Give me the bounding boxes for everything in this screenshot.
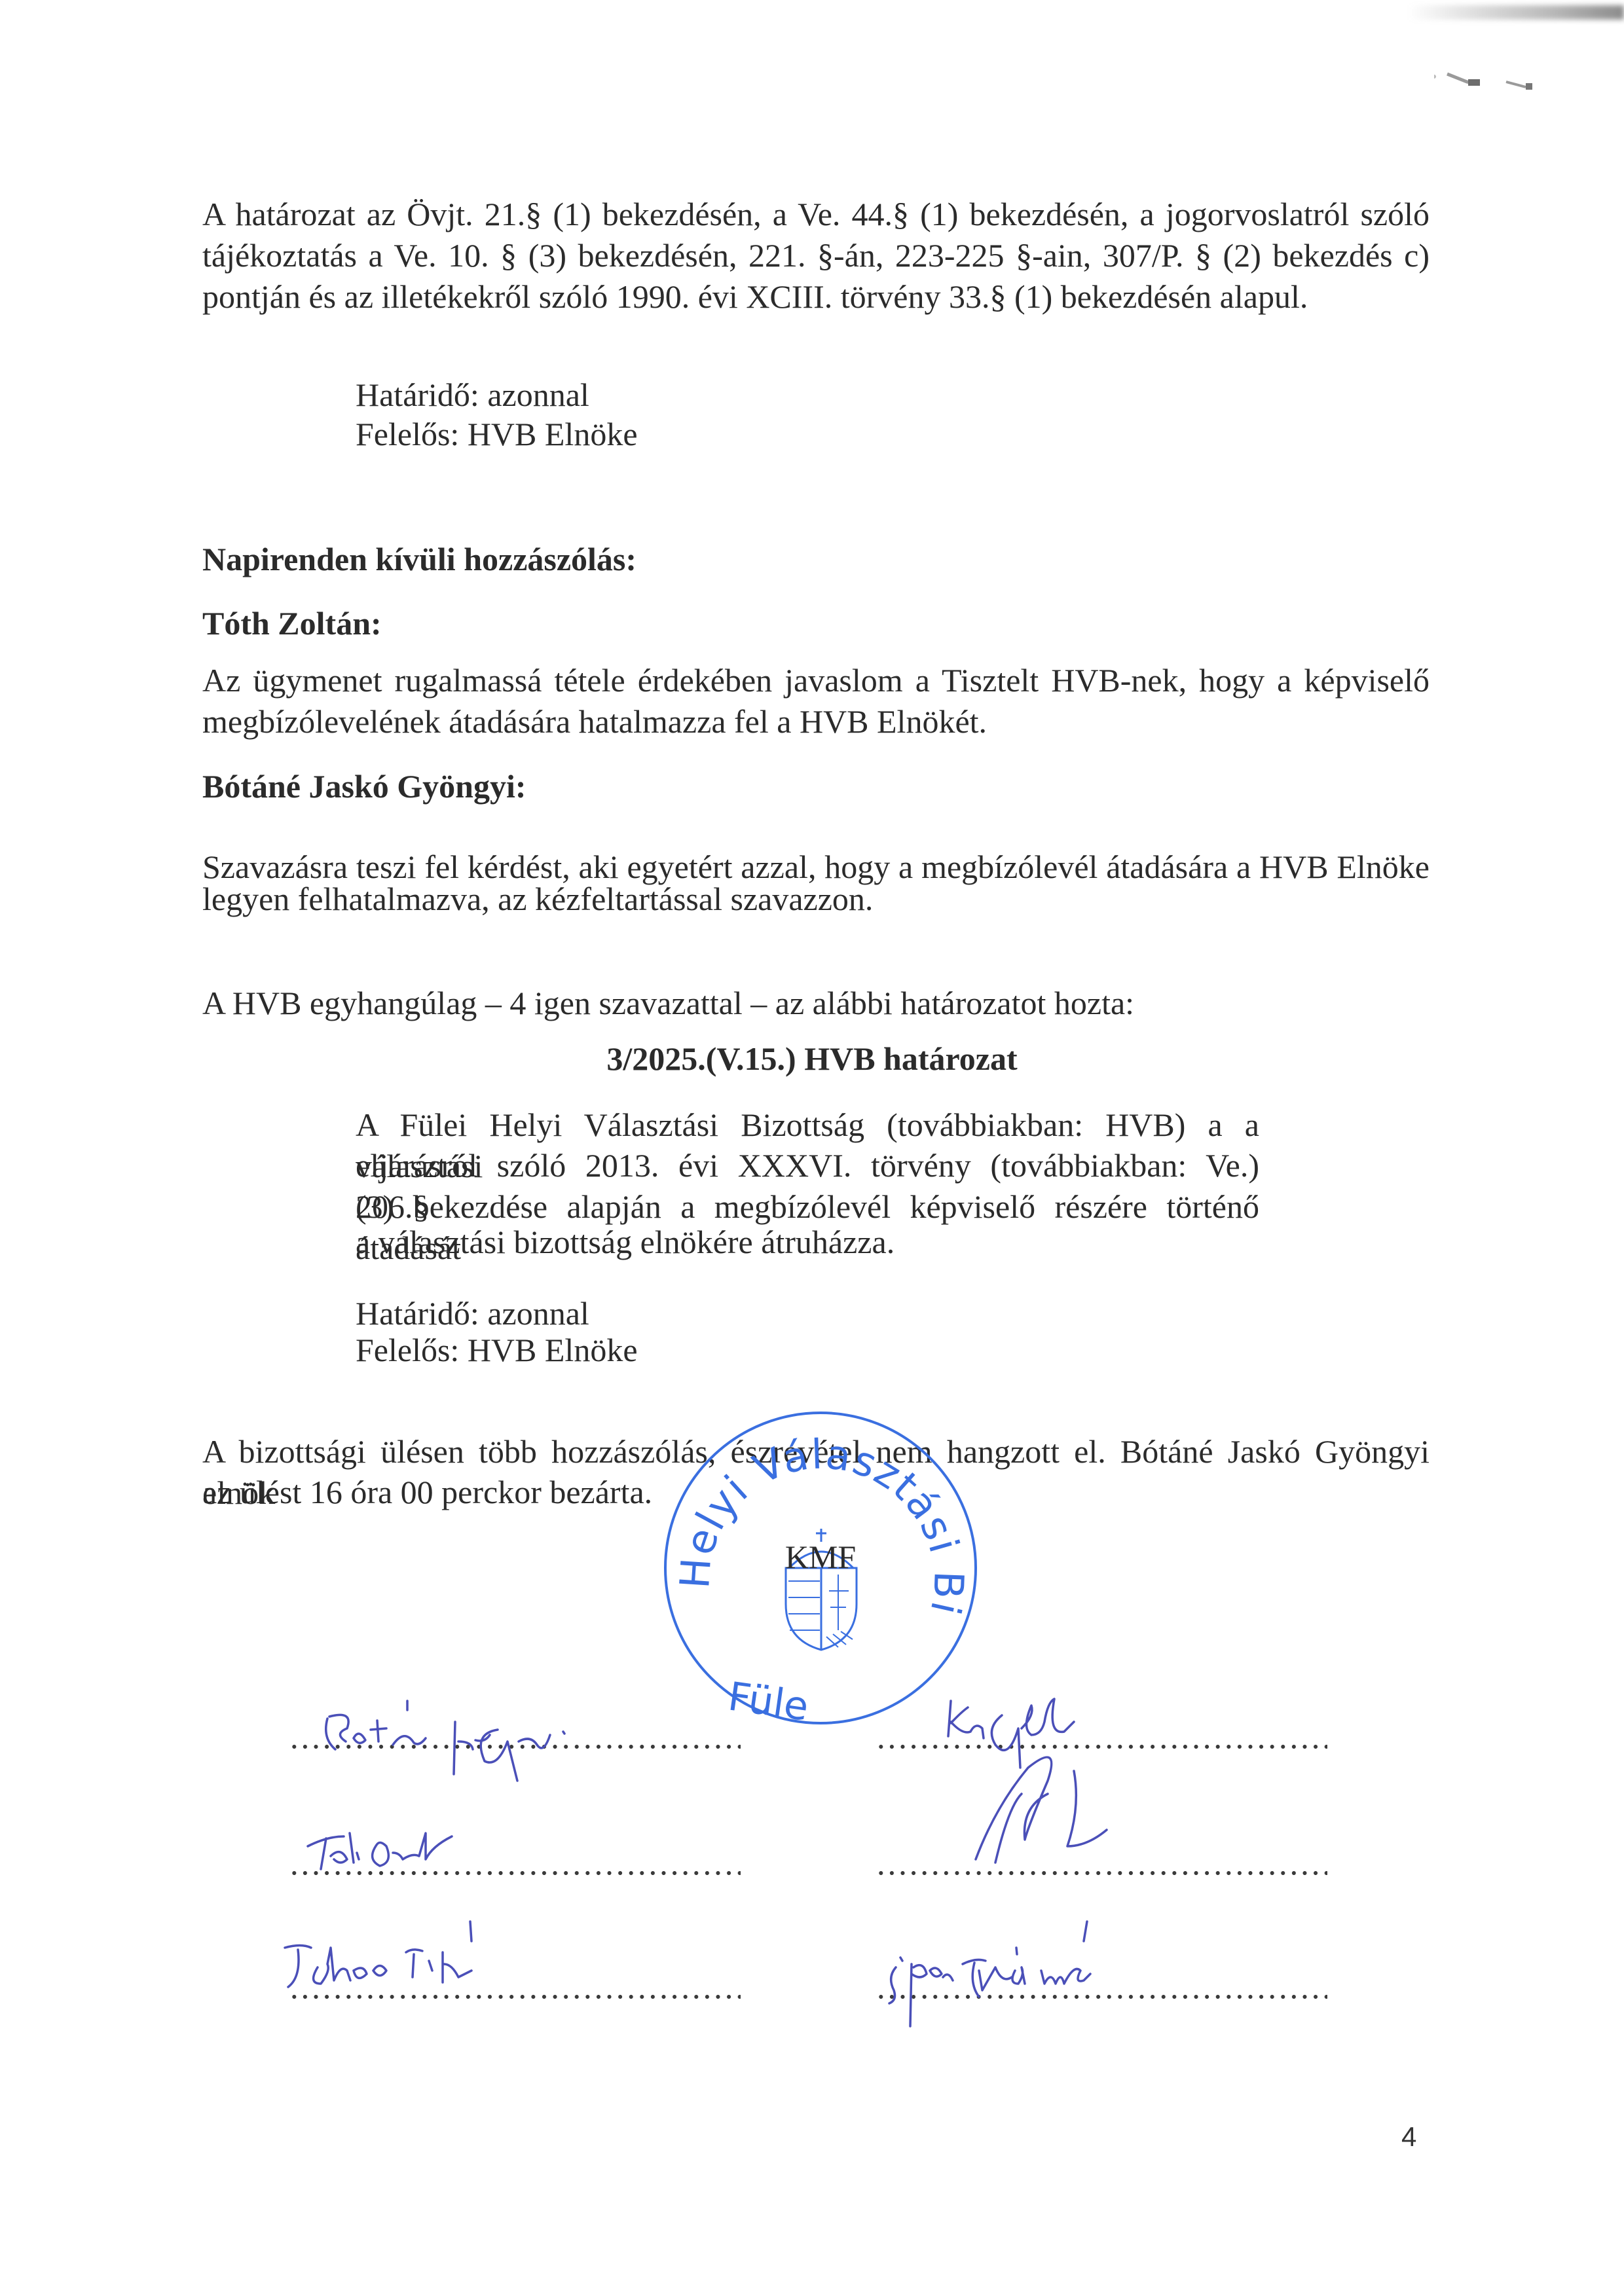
scan-shadow xyxy=(1408,5,1624,20)
speaker-2-line-2: legyen felhatalmazva, az kézfeltartással… xyxy=(202,879,873,920)
signature-line-top-left xyxy=(289,1744,741,1749)
deadline-1: Határidő: azonnal xyxy=(356,374,589,416)
signature-top-right xyxy=(948,1699,1074,1768)
responsible-1: Felelős: HVB Elnöke xyxy=(356,414,638,455)
legal-basis-line-2: tájékoztatás a Ve. 10. § (3) bekezdésén,… xyxy=(202,235,1430,276)
speaker-1-name: Tóth Zoltán: xyxy=(202,603,382,644)
resolution-line-4: a választási bizottság elnökére átruházz… xyxy=(356,1222,895,1263)
closing-line-2: az ülést 16 óra 00 perckor bezárta. xyxy=(202,1472,652,1513)
svg-text:KMF: KMF xyxy=(785,1539,856,1575)
signature-middle-left xyxy=(308,1833,452,1869)
deadline-2: Határidő: azonnal xyxy=(356,1293,589,1334)
document-page: A határozat az Övjt. 21.§ (1) bekezdésén… xyxy=(0,0,1624,2296)
signature-line-middle-left xyxy=(289,1870,741,1876)
resolution-title: 3/2025.(V.15.) HVB határozat xyxy=(0,1038,1624,1080)
signature-bottom-right xyxy=(889,1922,1090,2026)
signature-bottom-left xyxy=(285,1922,471,1987)
section-heading: Napirenden kívüli hozzászólás: xyxy=(202,539,637,580)
signature-line-bottom-right xyxy=(876,1994,1327,1999)
vote-result: A HVB egyhangúlag – 4 igen szavazattal –… xyxy=(202,983,1134,1024)
speaker-2-name: Bótáné Jaskó Gyöngyi: xyxy=(202,766,526,807)
svg-text:Füle: Füle xyxy=(726,1673,811,1730)
signature-line-middle-right xyxy=(876,1870,1327,1876)
signature-middle-right xyxy=(976,1757,1107,1863)
hungarian-coat-of-arms-icon xyxy=(786,1529,857,1650)
legal-basis-line-1: A határozat az Övjt. 21.§ (1) bekezdésén… xyxy=(202,194,1430,235)
signature-top-left xyxy=(326,1701,564,1781)
signature-line-bottom-left xyxy=(289,1994,741,1999)
speaker-1-line-1: Az ügymenet rugalmassá tétele érdekében … xyxy=(202,660,1430,701)
speaker-1-line-2: megbízólevelének átadására hatalmazza fe… xyxy=(202,701,987,742)
staple-mark-icon xyxy=(1434,56,1565,95)
page-number: 4 xyxy=(1401,2121,1416,2153)
legal-basis-line-3: pontján és az illetékekről szóló 1990. é… xyxy=(202,276,1308,318)
signature-line-top-right xyxy=(876,1744,1327,1749)
responsible-2: Felelős: HVB Elnöke xyxy=(356,1330,638,1371)
